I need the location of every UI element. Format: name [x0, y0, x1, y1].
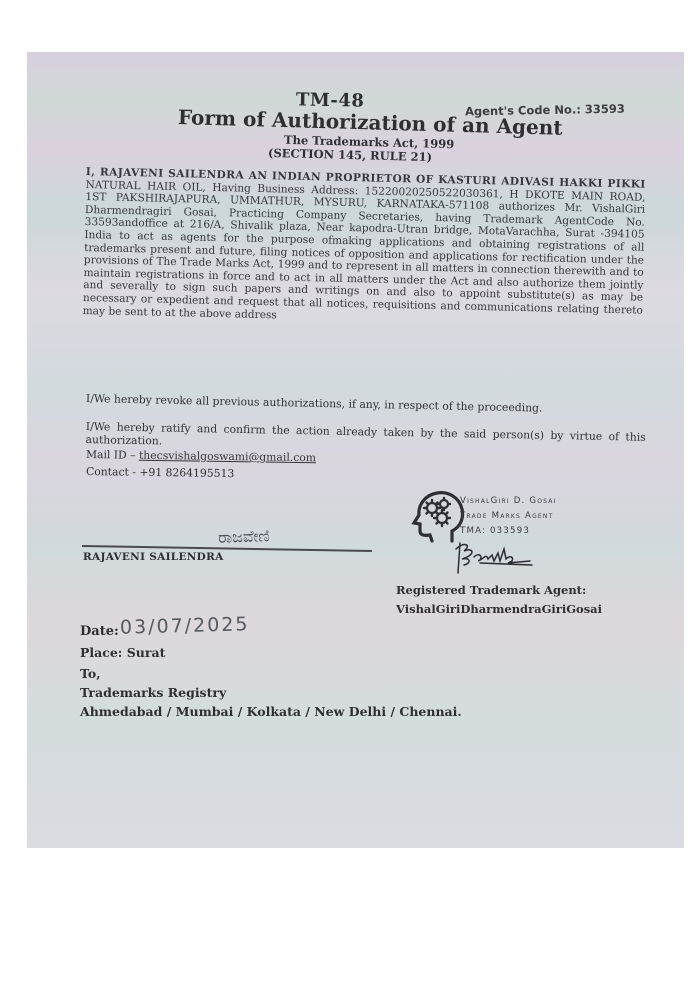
applicant-signature: ರಾಜವೇಣಿ: [218, 526, 270, 548]
applicant-name: RAJAVENI SAILENDRA: [83, 551, 224, 563]
date-label: Date:: [80, 624, 119, 639]
authorization-paragraph: I, RAJAVENI SAILENDRA AN INDIAN PROPRIET…: [83, 166, 646, 330]
registry-name: Trademarks Registry: [80, 685, 226, 700]
contact-number: Contact - +91 8264195513: [86, 465, 234, 480]
registered-agent-label: Registered Trademark Agent:: [396, 583, 586, 597]
stamp-title: Trade Marks Agent: [460, 509, 557, 524]
agent-stamp: VishalGiri D. Gosai Trade Marks Agent TM…: [460, 494, 557, 539]
stamp-name: VishalGiri D. Gosai: [460, 494, 557, 509]
handwritten-date: 03/07/2025: [120, 613, 250, 638]
mail-label: Mail ID –: [86, 448, 139, 462]
registered-agent-name: VishalGiriDharmendraGiriGosai: [396, 602, 602, 616]
addressee-to: To,: [80, 666, 101, 681]
agent-signature-icon: [450, 535, 535, 575]
place: Place: Surat: [80, 645, 165, 660]
ratify-line: authorization.: [86, 433, 163, 447]
email-link[interactable]: thecsvishalgoswami@gmail.com: [139, 449, 316, 464]
registry-cities: Ahmedabad / Mumbai / Kolkata / New Delhi…: [80, 704, 462, 719]
